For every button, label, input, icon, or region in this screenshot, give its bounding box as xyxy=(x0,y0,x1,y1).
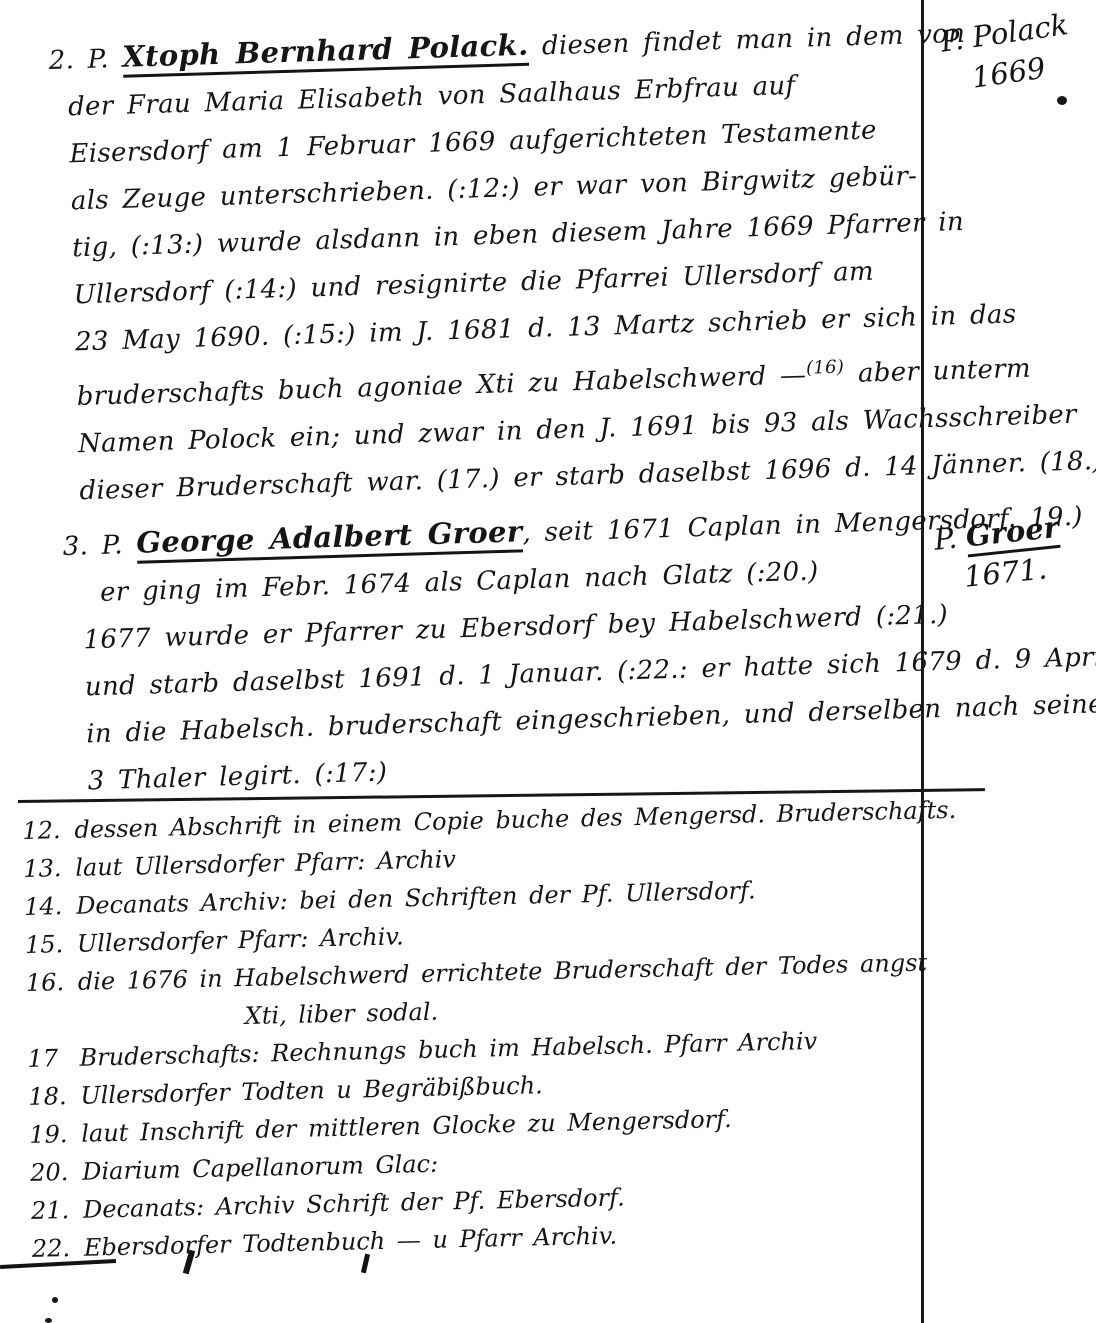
footnote-number: 15. xyxy=(25,925,78,964)
footnote-number: 16. xyxy=(25,963,78,1002)
ink-blot xyxy=(1057,96,1067,105)
entry-polack-number: 2. P. xyxy=(48,44,122,76)
footnote-number: 18. xyxy=(28,1077,81,1116)
manuscript-page: P. Polack 1669 P. Groer 1671. 2. P. Xtop… xyxy=(0,0,1096,1323)
footnote-number: 20. xyxy=(30,1153,83,1192)
ink-blot xyxy=(45,1318,52,1323)
entry-groer: 3. P. George Adalbert Groer, seit 1671 C… xyxy=(62,495,970,806)
footnote-number: 12. xyxy=(22,811,75,850)
entry-groer-number: 3. P. xyxy=(62,530,136,562)
footnote-number: 17 xyxy=(27,1039,80,1078)
entry-groer-name: George Adalbert Groer xyxy=(136,514,523,563)
footnote-number: 19. xyxy=(29,1115,82,1154)
entry-polack: 2. P. Xtoph Bernhard Polack. diesen find… xyxy=(48,9,962,515)
footnote-number: 14. xyxy=(24,887,77,926)
entry-polack-line-1-rest: diesen findet man in dem von xyxy=(528,19,966,62)
footnote-number: 13. xyxy=(23,849,76,888)
entry-polack-line-8-rest: aber unterm xyxy=(844,354,1031,390)
footnote-number: 21. xyxy=(31,1191,84,1230)
footnote-list: 12. dessen Abschrift in einem Copie buch… xyxy=(22,790,992,1268)
entry-polack-ref-16: (16) xyxy=(806,357,845,379)
ink-blot xyxy=(52,1297,58,1303)
entry-polack-name: Xtoph Bernhard Polack. xyxy=(122,28,529,78)
